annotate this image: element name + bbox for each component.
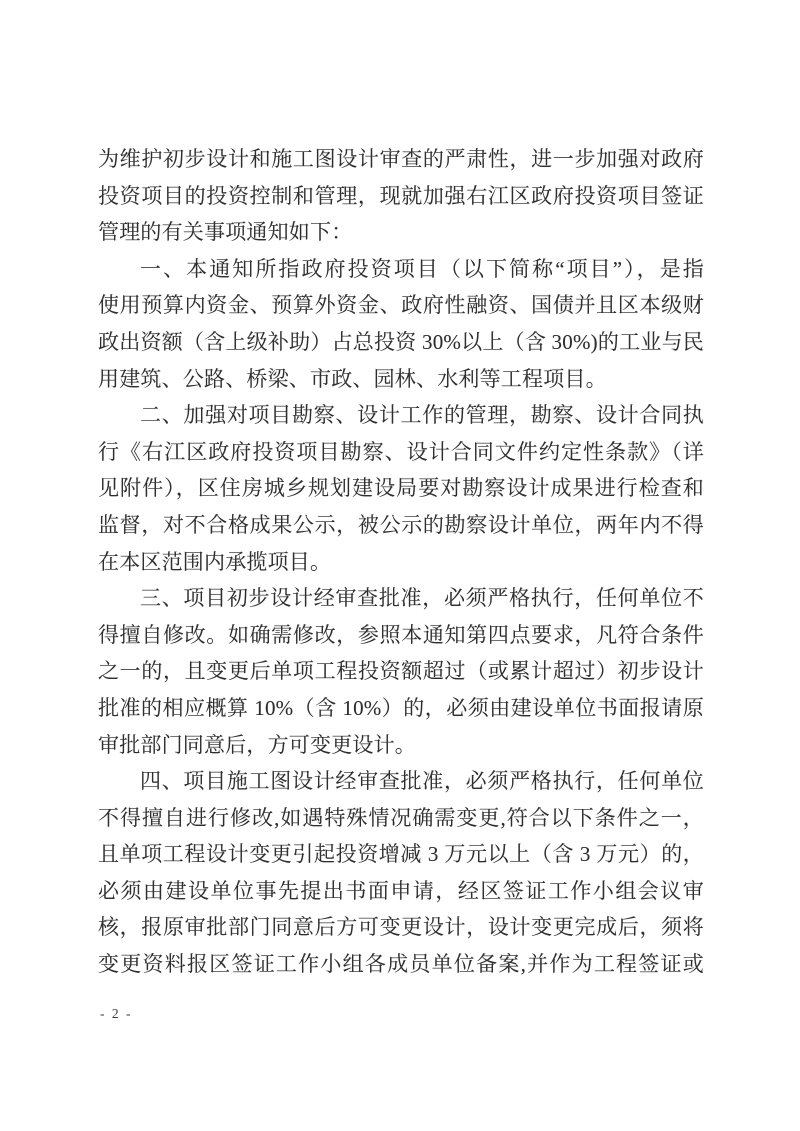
paragraph-item-2: 二、加强对项目勘察、设计工作的管理，勘察、设计合同执 行《右江区政府投资项目勘察… xyxy=(98,397,704,580)
document-line: 核，报原审批部门同意后方可变更设计，设计变更完成后，须将 xyxy=(98,909,704,946)
document-line: 四、项目施工图设计经审查批准，必须严格执行，任何单位 xyxy=(98,763,704,800)
document-line: 审批部门同意后，方可变更设计。 xyxy=(98,727,704,764)
document-line: 行《右江区政府投资项目勘察、设计合同文件约定性条款》（详 xyxy=(98,434,704,471)
document-line: 得擅自修改。如确需修改，参照本通知第四点要求，凡符合条件 xyxy=(98,617,704,654)
document-line: 之一的，且变更后单项工程投资额超过（或累计超过）初步设计 xyxy=(98,653,704,690)
document-line: 二、加强对项目勘察、设计工作的管理，勘察、设计合同执 xyxy=(98,397,704,434)
document-line: 管理的有关事项通知如下： xyxy=(98,214,704,251)
document-line: 且单项工程设计变更引起投资增减 3 万元以上（含 3 万元）的， xyxy=(98,836,704,873)
paragraph-item-3: 三、项目初步设计经审查批准，必须严格执行，任何单位不 得擅自修改。如确需修改，参… xyxy=(98,580,704,763)
paragraph-item-4: 四、项目施工图设计经审查批准，必须严格执行，任何单位 不得擅自进行修改,如遇特殊… xyxy=(98,763,704,983)
document-body: 为维护初步设计和施工图设计审查的严肃性，进一步加强对政府 投资项目的投资控制和管… xyxy=(98,141,704,983)
document-line: 不得擅自进行修改,如遇特殊情况确需变更,符合以下条件之一， xyxy=(98,800,704,837)
document-line: 监督，对不合格成果公示，被公示的勘察设计单位，两年内不得 xyxy=(98,507,704,544)
document-line: 用建筑、公路、桥梁、市政、园林、水利等工程项目。 xyxy=(98,361,704,398)
paragraph-item-1: 一、本通知所指政府投资项目（以下简称“项目”），是指 使用预算内资金、预算外资金… xyxy=(98,251,704,397)
document-line: 使用预算内资金、预算外资金、政府性融资、国债并且区本级财 xyxy=(98,287,704,324)
document-line: 为维护初步设计和施工图设计审查的严肃性，进一步加强对政府 xyxy=(98,141,704,178)
document-line: 政出资额（含上级补助）占总投资 30%以上（含 30%)的工业与民 xyxy=(98,324,704,361)
document-line: 投资项目的投资控制和管理，现就加强右江区政府投资项目签证 xyxy=(98,178,704,215)
paragraph-intro: 为维护初步设计和施工图设计审查的严肃性，进一步加强对政府 投资项目的投资控制和管… xyxy=(98,141,704,251)
document-page: 为维护初步设计和施工图设计审查的严肃性，进一步加强对政府 投资项目的投资控制和管… xyxy=(0,0,800,1131)
document-line: 必须由建设单位事先提出书面申请，经区签证工作小组会议审 xyxy=(98,873,704,910)
document-line: 一、本通知所指政府投资项目（以下简称“项目”），是指 xyxy=(98,251,704,288)
document-line: 见附件），区住房城乡规划建设局要对勘察设计成果进行检查和 xyxy=(98,470,704,507)
document-line: 三、项目初步设计经审查批准，必须严格执行，任何单位不 xyxy=(98,580,704,617)
document-line: 批准的相应概算 10%（含 10%）的，必须由建设单位书面报请原 xyxy=(98,690,704,727)
document-line: 在本区范围内承揽项目。 xyxy=(98,544,704,581)
document-line: 变更资料报区签证工作小组各成员单位备案,并作为工程签证或 xyxy=(98,946,704,983)
page-number: - 2 - xyxy=(100,1006,133,1022)
